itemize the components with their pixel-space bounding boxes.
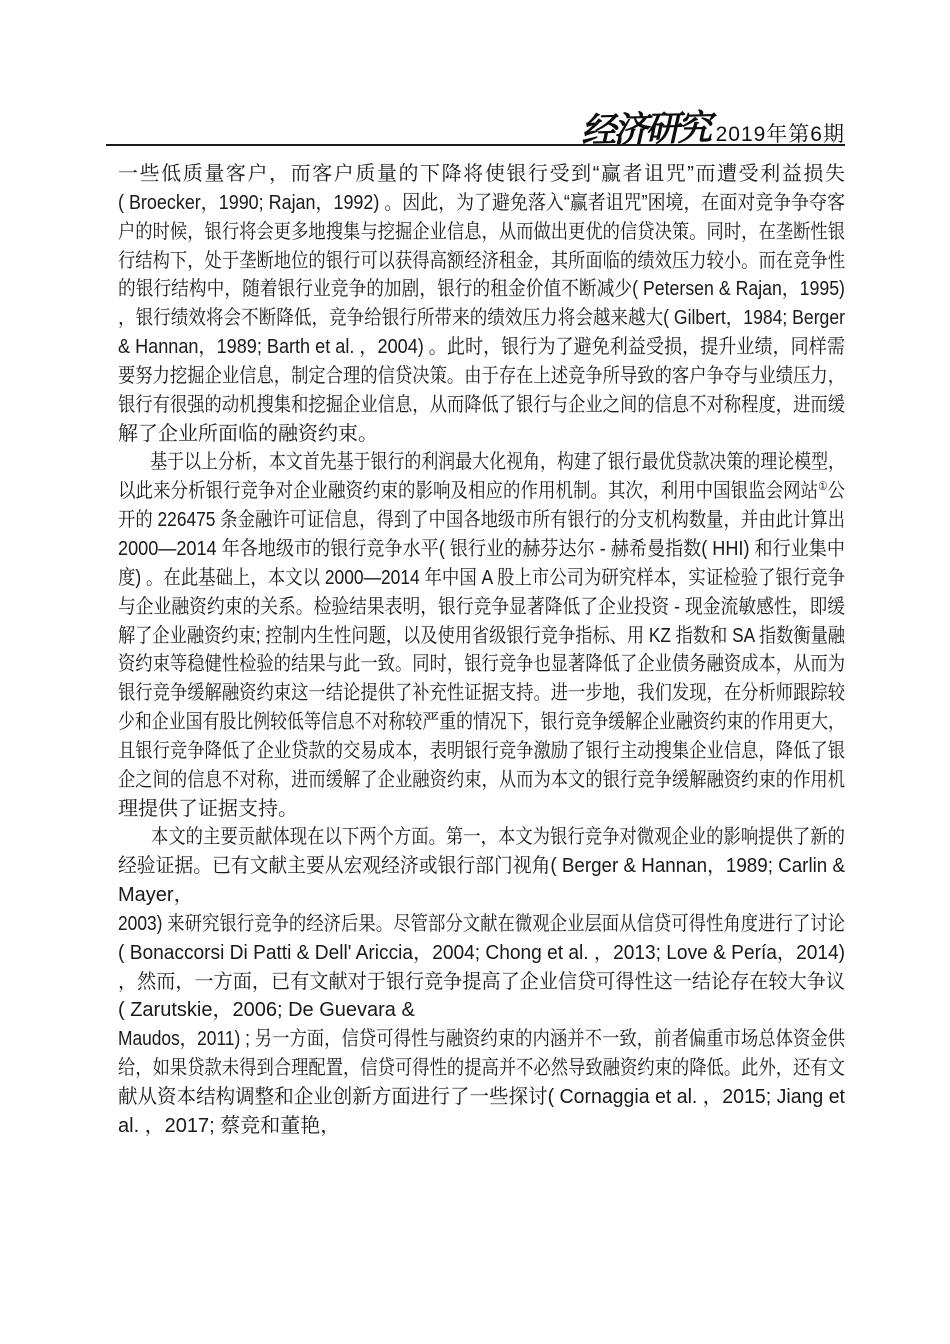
body-line: 度) 。在此基础上，本文以 2000—2014 年中国 A 股上市公司为研究样本… xyxy=(118,564,750,593)
body-line: 经验证据。已有文献主要从宏观经济或银行部门视角( Berger & Hannan… xyxy=(118,852,801,881)
body-line: 的银行结构中，随着银行业竞争的加剧，银行的租金价值不断减少( Petersen … xyxy=(118,275,762,304)
body-line: 2000—2014 年各地级市的银行竞争水平( 银行业的赫芬达尔 - 赫希曼指数… xyxy=(118,535,776,564)
header-divider xyxy=(106,144,845,146)
body-line: 解了企业所面临的融资约束。 xyxy=(118,420,845,449)
footnote-marker: ① xyxy=(818,479,827,493)
body-line: 行结构下，处于垄断地位的银行可以获得高额经济租金，其所面临的绩效压力较小。而在竞… xyxy=(118,247,747,276)
body-line: 企之间的信息不对称，进而缓解了企业融资约束，从而为本文的银行竞争缓解融资约束的作… xyxy=(118,766,747,795)
body-line: Maudos，2011) ; 另一方面，信贷可得性与融资约束的内涵并不一致，前者… xyxy=(118,1025,749,1054)
body-line: ( Bonaccorsi Di Patti & Dell' Ariccia，20… xyxy=(118,939,814,968)
body-line: 银行竞争缓解融资约束这一结论提供了补充性证据支持。进一步地，我们发现，在分析师跟… xyxy=(118,679,747,708)
body-line: 要努力挖掘企业信息，制定合理的信贷决策。由于存在上述竞争所导致的客户争夺与业绩压… xyxy=(118,362,747,391)
body-line: 少和企业国有股比例较低等信息不对称较严重的情况下，银行竞争缓解企业融资约束的作用… xyxy=(118,708,733,737)
body-line: 理提供了证据支持。 xyxy=(118,795,845,824)
body-line: 银行有很强的动机搜集和挖掘企业信息，从而降低了银行与企业之间的信息不对称程度，进… xyxy=(118,391,747,420)
body-line: ，然而，一方面，已有文献对于银行竞争提高了企业信贷可得性这一结论存在较大争议 xyxy=(118,968,813,997)
journal-page: 经济研究 2019年第6期 一些低质量客户，而客户质量的下降将使银行受到“赢者诅… xyxy=(0,0,950,1344)
body-line: 献从资本结构调整和企业创新方面进行了一些探讨( Cornaggia et al.… xyxy=(118,1083,828,1112)
body-line: 且银行竞争降低了企业贷款的交易成本，表明银行竞争激励了银行主动搜集企业信息，降低… xyxy=(118,737,747,766)
body-line: al. ，2017; 蔡竞和董艳， xyxy=(118,1112,845,1141)
body-line: 一些低质量客户，而客户质量的下降将使银行受到“赢者诅咒”而遭受利益损失 xyxy=(118,160,845,189)
body-line: 解了企业融资约束; 控制内生性问题，以及使用省级银行竞争指标、用 KZ 指数和 … xyxy=(118,622,744,651)
body-line: ( Broecker，1990; Rajan，1992) 。因此，为了避免落入“… xyxy=(118,189,770,218)
body-line: 以此来分析银行竞争对企业融资约束的影响及相应的作用机制。其次，利用中国银监会网站… xyxy=(118,477,754,506)
body-line: ( Zarutskie，2006; De Guevara & xyxy=(118,996,845,1025)
body-line: 开的 226475 条金融许可证信息，得到了中国各地级市所有银行的分支机构数量，… xyxy=(118,506,749,535)
body-line: 2003) 来研究银行竞争的经济后果。尽管部分文献在微观企业层面从信贷可得性角度… xyxy=(118,910,750,939)
body-line: 资约束等稳健性检验的结果与此一致。同时，银行竞争也显著降低了企业债务融资成本，从… xyxy=(118,650,747,679)
body-line: 基于以上分析，本文首先基于银行的利润最大化视角，构建了银行最优贷款决策的理论模型… xyxy=(118,448,734,477)
body-line: ，银行绩效将会不断降低，竞争给银行所带来的绩效压力将会越来越大( Gilbert… xyxy=(118,304,757,333)
body-line: 与企业融资约束的关系。检验结果表明，银行竞争显著降低了企业投资 - 现金流敏感性… xyxy=(118,593,764,622)
body-line: Mayer， xyxy=(118,881,845,910)
body-line: 户的时候，银行将会更多地搜集与挖掘企业信息，从而做出更优的信贷决策。同时，在垄断… xyxy=(118,218,747,247)
body-line: 给，如果贷款未得到合理配置，信贷可得性的提高并不必然导致融资约束的降低。此外，还… xyxy=(118,1054,747,1083)
body-line-text: 以此来分析银行竞争对企业融资约束的影响及相应的作用机制。其次，利用中国银监会网站 xyxy=(118,480,818,502)
body-line-text: 公 xyxy=(828,480,846,502)
body-line: & Hannan，1989; Barth et al. ，2004) 。此时，银… xyxy=(118,333,776,362)
body-line: 本文的主要贡献体现在以下两个方面。第一，本文为银行竞争对微观企业的影响提供了新的 xyxy=(118,823,749,852)
article-body: 一些低质量客户，而客户质量的下降将使银行受到“赢者诅咒”而遭受利益损失 ( Br… xyxy=(118,160,845,1141)
